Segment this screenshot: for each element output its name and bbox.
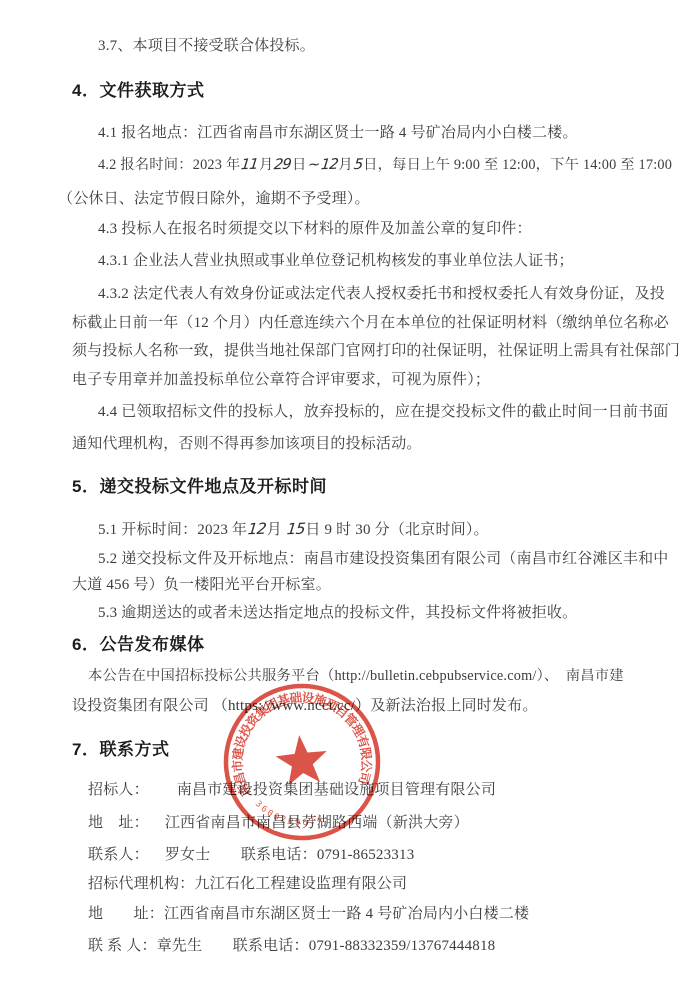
contact-value: 江西省南昌市东湖区贤士一路 4 号矿冶局内小白楼二楼 [164,906,529,922]
clause-4-4-line1: 4.4 已领取招标文件的投标人，放弃投标的，应在提交投标文件的截止时间一日前书面 [98,402,669,422]
section-7-heading: 7．联系方式 [72,739,169,761]
clause-4-3-1: 4.3.1 企业法人营业执照或事业单位登记机构核发的事业单位法人证书； [98,251,574,271]
clause-4-2-cont: （公休日、法定节假日除外，逾期不予受理）。 [58,189,370,209]
contact-label: 联 系 人： [88,938,157,954]
handwritten-day-start: 29 [272,155,293,176]
clause-5-3: 5.3 逾期送达的或者未送达指定地点的投标文件，其投标文件将被拒收。 [98,603,577,623]
handwritten-open-month: 12 [246,519,268,540]
section-5-heading: 5．递交投标文件地点及开标时间 [72,476,327,498]
handwritten-day-end: 5 [352,155,364,175]
clause-4-2: 4.2 报名时间：2023 年11月29日~12月5日，每日上午 9:00 至 … [98,155,672,175]
handwritten-month-end: 12 [319,155,340,176]
clause-5-1: 5.1 开标时间：2023 年12月 15日 9 时 30 分（北京时间）。 [98,519,489,540]
printed-text: 5.1 开标时间：2023 年 [98,522,247,538]
contact-row-person1: 联系人：罗女士 联系电话：0791-86523313 [88,845,414,865]
contact-label: 招标代理机构： [88,876,194,892]
contact-label: 地 址： [88,906,164,922]
contact-label: 联系人： [88,847,149,863]
clause-5-2-line2: 大道 456 号）负一楼阳光平台开标室。 [72,575,331,595]
contact-value: 南昌市建设投资集团基础设施项目管理有限公司 [177,782,496,798]
printed-text: 日，每日上午 9:00 至 12:00，下午 14:00 至 17:00 [363,157,672,173]
clause-5-2-line1: 5.2 递交投标文件及开标地点：南昌市建设投资集团有限公司（南昌市红谷滩区丰和中 [98,549,669,569]
contact-row-person2: 联 系 人：章先生 联系电话：0791-88332359/13767444818 [88,936,495,956]
section-6-heading: 6．公告发布媒体 [72,634,204,656]
printed-text: 4.2 报名时间：2023 年 [98,157,240,173]
contact-value: 江西省南昌市南昌县芳湖路西端（新洪大旁） [165,815,469,831]
contact-label: 招标人： [88,782,149,798]
seal-star [274,732,330,786]
clause-4-4-line2: 通知代理机构，否则不得再参加该项目的投标活动。 [72,434,422,454]
printed-text: 月 [338,157,353,173]
printed-text: 月 [267,522,286,538]
section-4-heading: 4．文件获取方式 [72,80,204,102]
contact-value: 章先生 联系电话：0791-88332359/13767444818 [157,938,496,954]
contact-row-agency: 招标代理机构：九江石化工程建设监理有限公司 [88,874,407,894]
printed-text: 月 [259,157,274,173]
contact-row-address2: 地 址：江西省南昌市东湖区贤士一路 4 号矿冶局内小白楼二楼 [88,904,529,924]
contact-label: 地 址： [88,815,149,831]
printed-text: 日 9 时 30 分（北京时间）。 [305,522,488,538]
contact-value: 罗女士 联系电话：0791-86523313 [165,847,415,863]
media-line1: 本公告在中国招标投标公共服务平台（http://bulletin.cebpubs… [88,666,624,686]
clause-4-1: 4.1 报名地点：江西省南昌市东湖区贤士一路 4 号矿冶局内小白楼二楼。 [98,123,578,143]
clause-4-3-2-line4: 电子专用章并加盖投标单位公章符合评审要求，可视为原件）； [72,370,490,390]
handwritten-open-day: 15 [285,519,307,540]
document-page: 3.7、本项目不接受联合体投标。 4．文件获取方式 4.1 报名地点：江西省南昌… [0,0,699,986]
handwritten-month-start: 11 [239,155,260,176]
clause-4-3-2-line1: 4.3.2 法定代表人有效身份证或法定代表人授权委托书和授权委托人有效身份证，及… [98,284,665,304]
clause-4-3-2-line2: 标截止日前一年（12 个月）内任意连续六个月在本单位的社保证明材料（缴纳单位名称… [72,313,669,333]
clause-3-7: 3.7、本项目不接受联合体投标。 [98,36,315,56]
contact-row-address1: 地 址：江西省南昌市南昌县芳湖路西端（新洪大旁） [88,813,469,833]
clause-4-3-2-line3: 须与投标人名称一致，提供当地社保部门官网打印的社保证明，社保证明上需具有社保部门 [72,341,680,361]
media-line2: 设投资集团有限公司 （https://www.ncct.cc/）及新法治报上同时… [72,696,538,716]
contact-value: 九江石化工程建设监理有限公司 [194,876,407,892]
clause-4-3: 4.3 投标人在报名时须提交以下材料的原件及加盖公章的复印件： [98,219,532,239]
contact-row-tenderer: 招标人：南昌市建设投资集团基础设施项目管理有限公司 [88,780,496,800]
printed-text: 日 [292,157,307,173]
